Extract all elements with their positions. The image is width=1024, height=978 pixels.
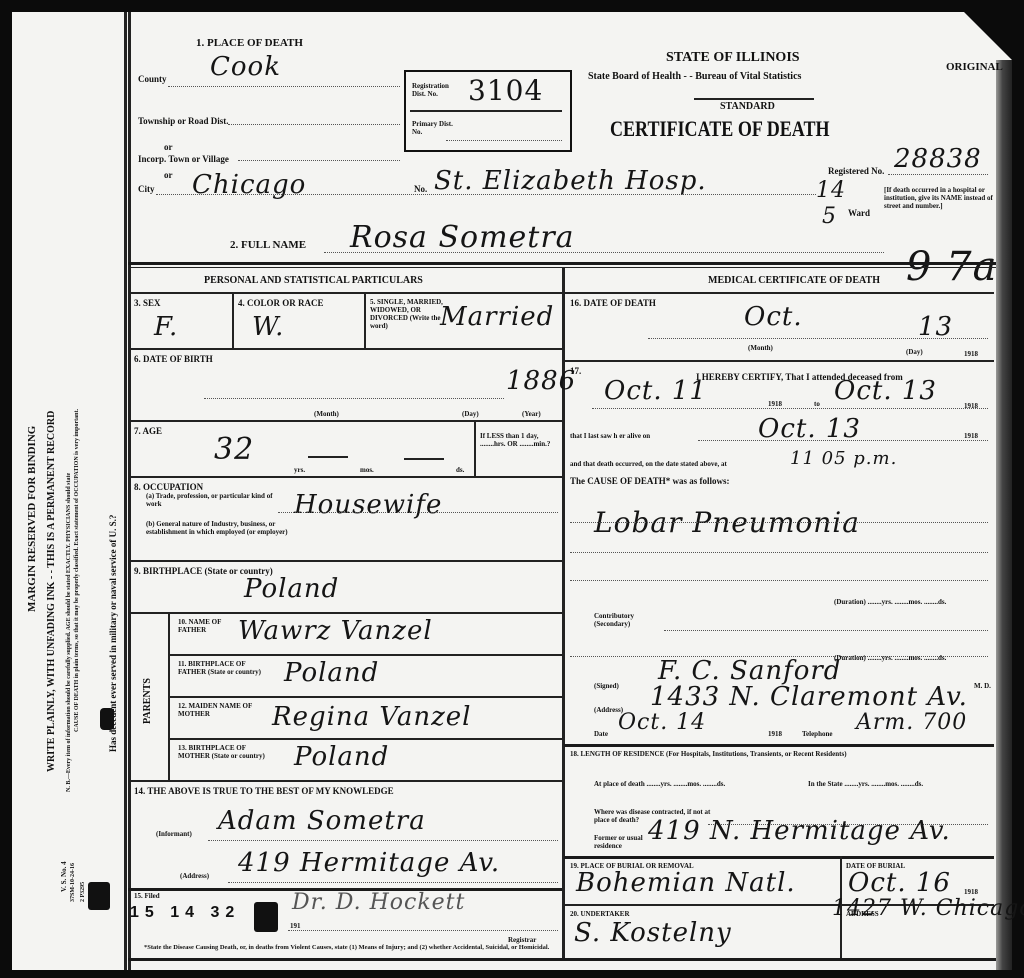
mother-birthplace-value: Poland	[294, 742, 389, 772]
form-print-code: 37SM-10-24-16	[70, 863, 76, 902]
burial-place-value: Bohemian Natl.	[576, 868, 796, 898]
mother-name-value: Regina Vanzel	[272, 702, 471, 732]
burial-date-value: Oct. 16	[848, 868, 951, 898]
telephone-value: Arm. 700	[856, 710, 967, 735]
certificate-date-value: Oct. 14	[618, 710, 706, 735]
parents-label: PARENTS	[142, 678, 153, 724]
board-of-health: State Board of Health - - Bureau of Vita…	[588, 72, 801, 82]
attended-to-value: Oct. 13	[834, 376, 937, 406]
less-than-day-note: If LESS than 1 day, ........hrs. OR ....…	[480, 432, 560, 448]
informant-address-value: 419 Hermitage Av.	[238, 848, 500, 878]
death-month-value: Oct.	[744, 302, 803, 332]
original-label: ORIGINAL	[946, 62, 1003, 72]
registration-box: Registration Dist. No. 3104 Primary Dist…	[404, 70, 572, 152]
registrar-signature: Dr. D. Hockett	[292, 890, 465, 915]
personal-section-title: PERSONAL AND STATISTICAL PARTICULARS	[204, 276, 423, 286]
registration-district-number: 3104	[468, 74, 543, 107]
death-certificate: MARGIN RESERVED FOR BINDING WRITE PLAINL…	[12, 12, 1012, 970]
color-value: W.	[252, 312, 284, 342]
nb-note-2: CAUSE OF DEATH in plain terms, so that i…	[74, 409, 80, 732]
ward-top-value: 14	[816, 178, 846, 203]
former-residence-value: 419 N. Hermitage Av.	[648, 816, 951, 846]
death-time-value: 11 05 p.m.	[790, 448, 897, 469]
ward-value: 5	[822, 204, 837, 229]
county-label: County	[138, 74, 167, 84]
binding-margin: MARGIN RESERVED FOR BINDING WRITE PLAINL…	[12, 12, 127, 970]
informant-name-value: Adam Sometra	[218, 806, 426, 836]
medical-section-title: MEDICAL CERTIFICATE OF DEATH	[708, 276, 880, 286]
township-label: Township or Road Dist.	[138, 116, 229, 126]
attended-from-value: Oct. 11	[604, 376, 707, 406]
occupation-value: Housewife	[294, 490, 442, 520]
form-print-code-2: 2 P3295	[80, 882, 86, 902]
place-of-death-label: 1. PLACE OF DEATH	[196, 38, 303, 48]
undertaker-value: S. Kostelny	[574, 918, 732, 948]
registered-no-label: Registered No.	[828, 166, 884, 176]
birthplace-value: Poland	[244, 574, 339, 604]
pointing-hand-icon	[100, 708, 114, 730]
full-name-value: Rosa Sometra	[350, 220, 575, 255]
hospital-note: [If death occurred in a hospital or inst…	[884, 186, 994, 210]
undertaker-address-value: 1427 W. Chicago Av.	[832, 896, 1024, 921]
street-value: St. Elizabeth Hosp.	[434, 166, 707, 196]
registered-number: 28838	[894, 144, 982, 174]
city-value: Chicago	[192, 170, 306, 200]
footnote: *State the Disease Causing Death, or, in…	[144, 944, 549, 952]
birth-year-value: 1886	[506, 366, 576, 396]
state-title: STATE OF ILLINOIS	[666, 50, 800, 66]
father-birthplace-value: Poland	[284, 658, 379, 688]
filed-date-stamp: 15 14 32	[130, 904, 240, 922]
marital-status-value: Married	[440, 302, 554, 332]
standard-label: STANDARD	[720, 102, 775, 112]
sex-value: F.	[154, 312, 178, 342]
nb-note-1: N. B.—Every item of information should b…	[66, 473, 72, 792]
page-edge	[996, 60, 1012, 970]
ward-label: Ward	[848, 208, 870, 218]
city-label: City	[138, 184, 155, 194]
write-plainly-note: WRITE PLAINLY, WITH UNFADING INK - - THI…	[46, 411, 57, 772]
certificate-form: 1. PLACE OF DEATH County Cook Township o…	[128, 12, 996, 970]
form-number: V. S. No. 4	[60, 861, 68, 892]
father-name-value: Wawrz Vanzel	[238, 616, 433, 646]
certificate-title: CERTIFICATE OF DEATH	[610, 116, 830, 142]
town-label: Incorp. Town or Village	[138, 154, 229, 164]
physician-address-value: 1433 N. Claremont Av.	[650, 682, 968, 712]
death-year-value: 1918	[964, 350, 978, 358]
age-years-value: 32	[214, 432, 254, 467]
ink-smudge	[88, 882, 110, 910]
binding-note: MARGIN RESERVED FOR BINDING	[26, 426, 38, 612]
full-name-label: 2. FULL NAME	[230, 240, 306, 250]
county-value: Cook	[210, 52, 281, 82]
